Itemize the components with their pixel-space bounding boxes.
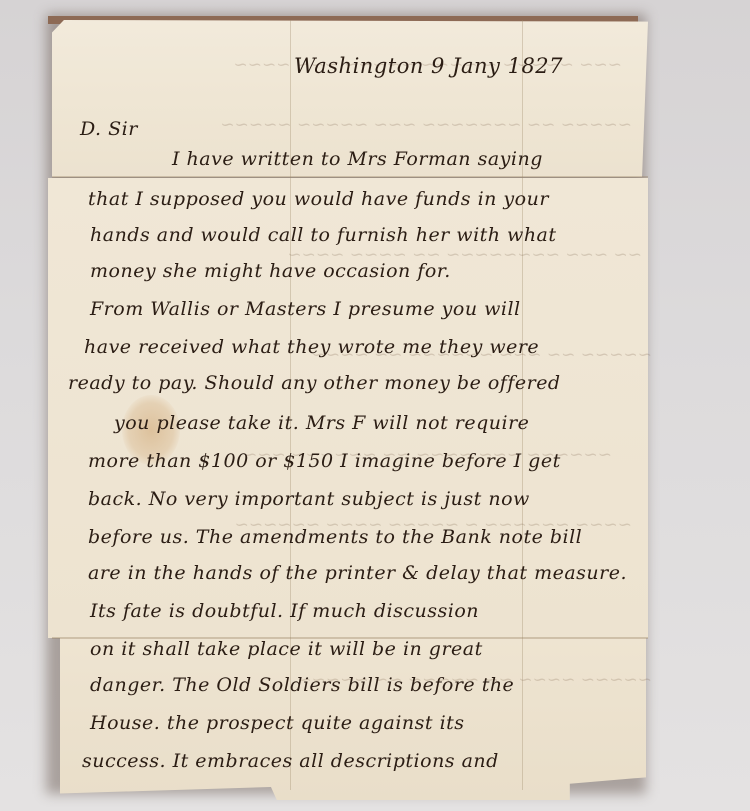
letter-line-9: more than $100 or $150 I imagine before … — [88, 450, 561, 472]
letter-line-2: that I supposed you would have funds in … — [88, 188, 549, 210]
letter-line-3: hands and would call to furnish her with… — [90, 224, 557, 246]
letter-line-7: ready to pay. Should any other money be … — [68, 372, 561, 394]
letter-line-11: before us. The amendments to the Bank no… — [88, 526, 582, 548]
letter-line-8: you please take it. Mrs F will not requi… — [114, 412, 529, 434]
letter-line-4: money she might have occasion for. — [90, 260, 451, 282]
letter-line-15: danger. The Old Soldiers bill is before … — [90, 674, 514, 696]
letter-line-13: Its fate is doubtful. If much discussion — [90, 600, 479, 622]
letter-dateline: Washington 9 Jany 1827 — [294, 54, 563, 78]
fold-crease-horizontal-upper — [52, 176, 648, 178]
letter-salutation: D. Sir — [80, 118, 138, 140]
letter-line-6: have received what they wrote me they we… — [84, 336, 539, 358]
letter-line-1: I have written to Mrs Forman saying — [172, 148, 543, 170]
letter-line-5: From Wallis or Masters I presume you wil… — [90, 298, 521, 320]
letter-sheet: ~~~ ~~~~~ ~ ~~~~ ~~~~~ ~~~ ~~~~ ~~~~~ ~~… — [52, 20, 648, 795]
letter-line-16: House. the prospect quite against its — [90, 712, 465, 734]
letter-line-14: on it shall take place it will be in gre… — [90, 638, 483, 660]
letter-line-17: success. It embraces all descriptions an… — [82, 750, 499, 772]
letter-line-10: back. No very important subject is just … — [88, 488, 530, 510]
bleed-through-text: ~~~~~ ~~ ~~~~~~~ ~~~ ~~~~~ ~~~~~ — [72, 115, 632, 135]
letter-line-12: are in the hands of the printer & delay … — [88, 562, 627, 584]
